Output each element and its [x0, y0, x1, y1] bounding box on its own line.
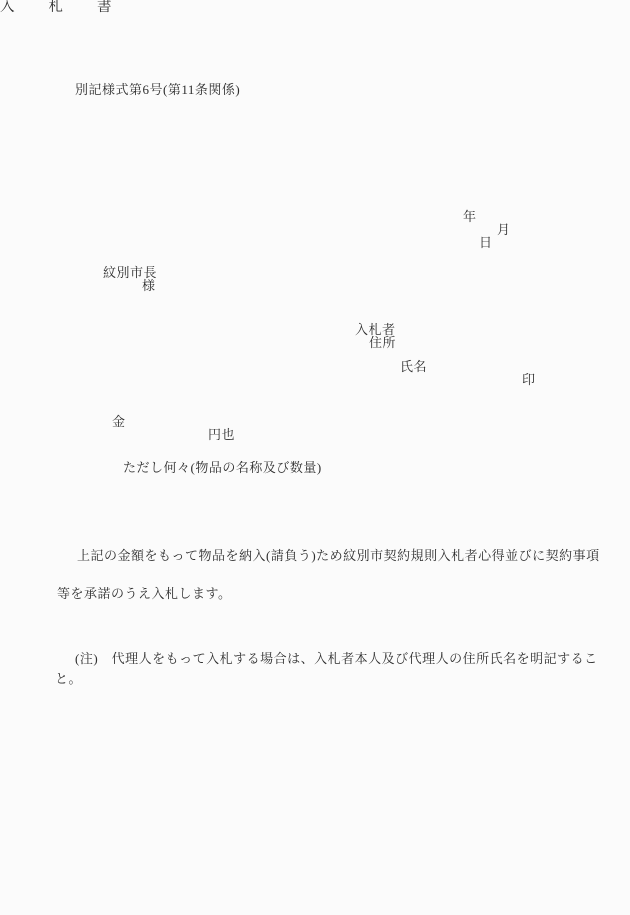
title-char-1: 入	[0, 0, 15, 15]
amount-prefix-label: 金	[112, 414, 126, 429]
amount-line: 金 円也	[97, 402, 235, 454]
recipient-line: 紋別市長 様	[88, 253, 157, 305]
seal-label: 印	[522, 372, 536, 387]
title-char-3: 書	[97, 0, 112, 15]
note-paragraph-line-1: (注) 代理人をもって入札する場合は、入札者本人及び代理人の住所氏名を明記するこ	[75, 652, 598, 665]
month-label: 月	[497, 222, 511, 237]
amount-suffix-label: 円也	[208, 427, 235, 442]
day-label: 日	[479, 235, 493, 250]
body-paragraph-line-2: 等を承諾のうえ入札します。	[57, 587, 231, 600]
date-line: 年 月 日	[448, 197, 511, 262]
recipient-honorific: 様	[142, 278, 156, 293]
proviso-line: ただし何々(物品の名称及び数量)	[123, 461, 322, 474]
body-paragraph-line-1: 上記の金額をもって物品を納入(請負う)ため紋別市契約規則入札者心得並びに契約事項	[77, 549, 600, 562]
year-label: 年	[463, 209, 477, 224]
document-title: 入 札 書	[0, 0, 630, 15]
note-paragraph-line-2: と。	[55, 672, 82, 685]
name-seal-line: 氏名 印	[385, 347, 536, 399]
bid-form-page: 別記様式第6号(第11条関係) 入 札 書 年 月 日 紋別市長 様 入札者 住…	[0, 0, 630, 915]
title-char-2: 札	[49, 0, 64, 15]
name-label: 氏名	[400, 359, 427, 374]
form-number: 別記様式第6号(第11条関係)	[75, 83, 240, 96]
